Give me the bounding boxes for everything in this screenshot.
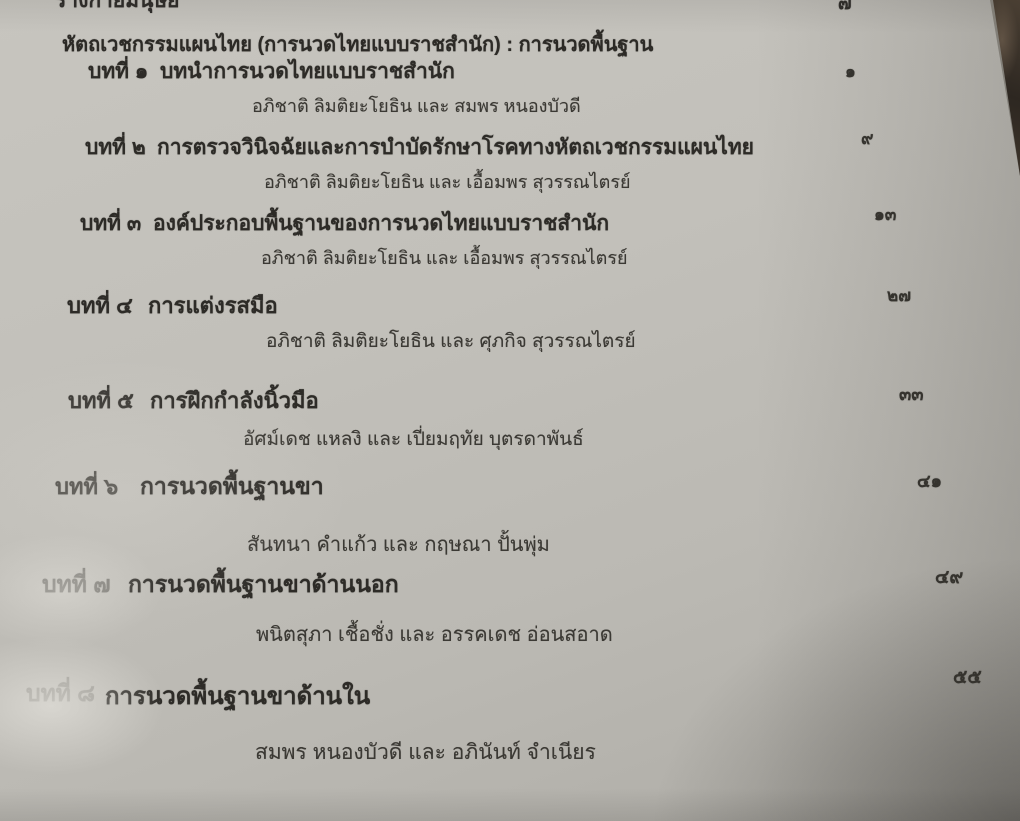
chapter-page-number: ๑ [845,58,856,85]
toc-entry: บทที่ ๗ การนวดพื้นฐานขาด้านนอก ๔๙ พนิตสุ… [0,567,1020,647]
book-page: ร่างกายมนุษย์ ๗ หัตถเวชกรรมแผนไทย (การนว… [0,0,1020,821]
chapter-authors: อภิชาติ ลิมติยะโยธิน และ เอื้อมพร สุวรรณ… [261,243,628,272]
chapter-authors: อภิชาติ ลิมติยะโยธิน และ ศุภกิจ สุวรรณไต… [266,326,636,356]
chapter-label: บทที่ ๒ [85,131,146,164]
chapter-page-number: ๔๑ [917,466,942,495]
chapter-title: การนวดพื้นฐานขา [140,469,324,505]
chapter-title: การแต่งรสมือ [148,288,278,323]
chapter-label: บทที่ ๗ [42,567,111,603]
chapter-label: บทที่ ๑ [88,55,148,88]
previous-entry-page-number-cut-off: ๗ [838,0,852,17]
chapter-title: การนวดพื้นฐานขาด้านนอก [128,567,399,603]
chapter-label: บทที่ ๖ [55,469,118,504]
previous-entry-title-cut-off: ร่างกายมนุษย์ [55,0,179,17]
chapter-authors: อภิชาติ ลิมติยะโยธิน และ สมพร หนองบัวดี [252,91,581,120]
toc-entry: บทที่ ๑ บทนำการนวดไทยแบบราชสำนัก ๑ อภิชา… [0,55,1020,135]
chapter-authors: อภิชาติ ลิมติยะโยธิน และ เอื้อมพร สุวรรณ… [264,167,631,196]
chapter-title: บทนำการนวดไทยแบบราชสำนัก [160,55,455,88]
chapter-page-number: ๒๗ [887,282,911,309]
chapter-label: บทที่ ๓ [80,207,141,240]
chapter-title: การนวดพื้นฐานขาด้านใน [105,676,370,715]
toc-entry: บทที่ ๘ การนวดพื้นฐานขาด้านใน ๕๕ สมพร หน… [0,676,1020,756]
toc-entry: บทที่ ๓ องค์ประกอบพื้นฐานของการนวดไทยแบบ… [0,207,1020,287]
chapter-authors: สมพร หนองบัวดี และ อภินันท์ จำเนียร [255,736,596,769]
chapter-page-number: ๕๕ [953,662,982,692]
chapter-authors: พนิตสุภา เชื้อชั่ง และ อรรคเดช อ่อนสอาด [256,618,613,650]
chapter-title: การตรวจวินิจฉัยและการบำบัดรักษาโรคทางหัต… [157,131,754,164]
chapter-title: การฝึกกำลังนิ้วมือ [150,383,319,418]
chapter-label: บทที่ ๔ [67,288,133,323]
chapter-label: บทที่ ๕ [68,383,134,418]
photo-of-book-page: { "document": { "top_cut_line": "ร่างกาย… [0,0,1020,821]
toc-entry: บทที่ ๕ การฝึกกำลังนิ้วมือ ๓๓ อัศม์เดช แ… [0,383,1020,463]
chapter-page-number: ๙ [861,125,873,152]
chapter-label: บทที่ ๘ [26,676,95,712]
toc-entry: บทที่ ๒ การตรวจวินิจฉัยและการบำบัดรักษาโ… [0,131,1020,211]
toc-entry: บทที่ ๖ การนวดพื้นฐานขา ๔๑ สันทนา คำแก้ว… [0,469,1020,549]
chapter-page-number: ๔๙ [935,562,963,592]
chapter-page-number: ๓๓ [899,379,924,408]
toc-entry: บทที่ ๔ การแต่งรสมือ ๒๗ อภิชาติ ลิมติยะโ… [0,288,1020,368]
chapter-page-number: ๑๓ [874,201,896,228]
chapter-title: องค์ประกอบพื้นฐานของการนวดไทยแบบราชสำนัก [153,207,609,240]
chapter-authors: อัศม์เดช แหลงิ และ เปี่ยมฤทัย บุตรดาพันธ… [243,424,584,454]
chapter-authors: สันทนา คำแก้ว และ กฤษณา ปั้นพุ่ม [247,528,550,560]
